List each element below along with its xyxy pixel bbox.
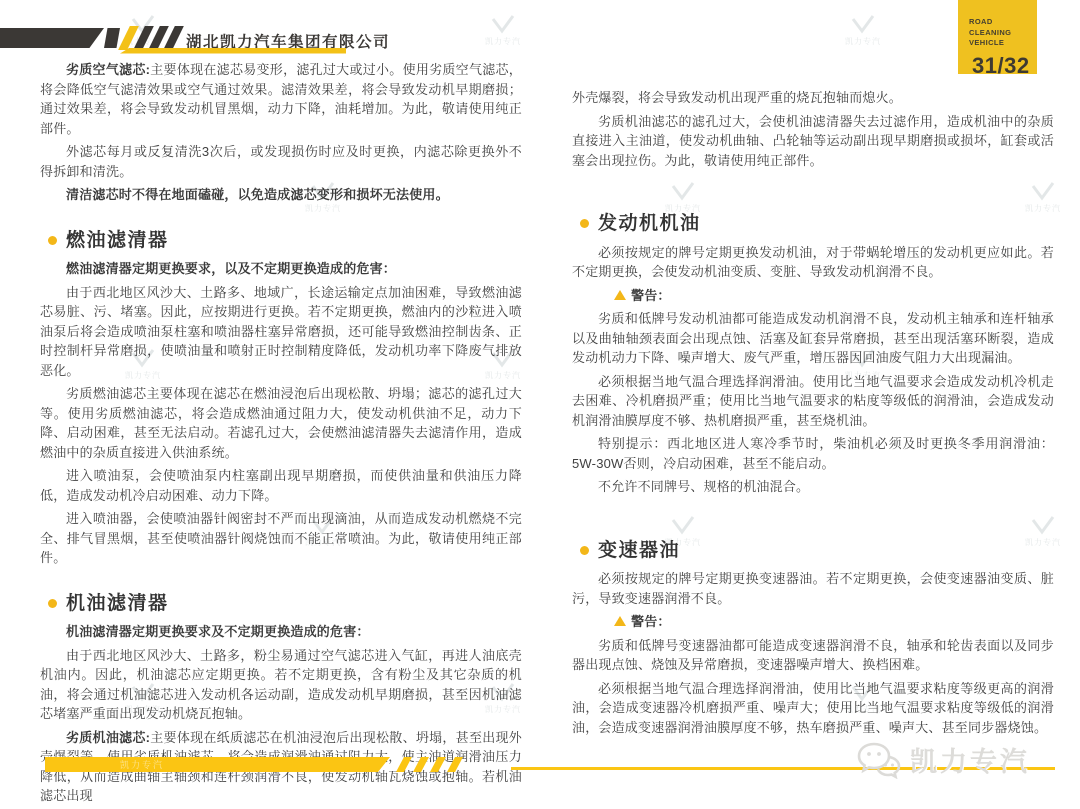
warning-triangle-icon bbox=[614, 616, 626, 626]
paragraph-continuation: 外壳爆裂，将会导致发动机出现严重的烧瓦抱轴而熄火。 bbox=[572, 88, 1054, 108]
header-dark-bar bbox=[0, 28, 104, 48]
chat-bubbles-icon bbox=[856, 741, 902, 779]
paragraph: 由于西北地区风沙大、土路多，粉尘易通过空气滤芯进入气缸，再进人油底壳机油内。因此… bbox=[40, 646, 522, 724]
watermark: 凯力专汽 bbox=[845, 15, 881, 47]
left-column: 劣质空气滤芯:主要体现在滤芯易变形，滤孔过大或过小。使用劣质空气滤芯，将会降低空… bbox=[40, 60, 522, 809]
watermark: 凯力专汽 bbox=[485, 15, 521, 47]
warning-line: 警告： bbox=[572, 612, 1054, 632]
paragraph: 必须按规定的牌号定期更换变速器油。若不定期更换，会使变速器油变质、脏污，导致变速… bbox=[572, 569, 1054, 608]
paragraph: 劣质燃油滤芯主要体现在滤芯在燃油浸泡后出现松散、坍塌；滤芯的滤孔过大等。使用劣质… bbox=[40, 384, 522, 462]
footer-yellow-bar: 凯力专汽 bbox=[45, 757, 390, 772]
section-title: 发动机机油 bbox=[598, 214, 701, 234]
paragraph-bold: 清洁滤芯时不得在地面磕碰，以免造成滤芯变形和损坏无法使用。 bbox=[40, 185, 522, 205]
section-heading-fuel-filter: 燃油滤清器 bbox=[48, 231, 522, 251]
slash-decor-yellow bbox=[430, 757, 446, 772]
paragraph-lead: 劣质机油滤芯: bbox=[66, 730, 150, 745]
paragraph: 劣质机油滤芯的滤孔过大，会使机油滤清器失去过滤作用，造成机油中的杂质直接进入主油… bbox=[572, 112, 1054, 171]
section-title: 变速器油 bbox=[598, 541, 680, 561]
badge-title-line2: VEHICLE bbox=[969, 38, 1031, 49]
header-slashes bbox=[124, 26, 178, 50]
footer-logo: 凯力专汽 bbox=[856, 740, 1030, 779]
paragraph: 劣质空气滤芯:主要体现在滤芯易变形，滤孔过大或过小。使用劣质空气滤芯，将会降低空… bbox=[40, 60, 522, 138]
slash-decor-yellow bbox=[413, 757, 429, 772]
page-badge: ROAD CLEANING VEHICLE 31/32 bbox=[958, 0, 1037, 74]
watermark-check-icon bbox=[850, 15, 876, 35]
header-dark-bar-tail bbox=[104, 28, 120, 48]
paragraph: 由于西北地区风沙大、土路多、地域广，长途运输定点加油困难，导致燃油滤芯易脏、污、… bbox=[40, 283, 522, 381]
manual-page: 凯力专汽凯力专汽凯力专汽凯力专汽凯力专汽凯力专汽凯力专汽凯力专汽凯力专汽凯力专汽… bbox=[0, 0, 1080, 809]
paragraph: 不允许不同牌号、规格的机油混合。 bbox=[572, 477, 1054, 497]
bullet-icon bbox=[48, 599, 57, 608]
page-number: 31/32 bbox=[969, 53, 1031, 79]
paragraph: 进入喷油泵，会使喷油泵内柱塞副出现早期磨损，而使供油量和供油压力降低，造成发动机… bbox=[40, 466, 522, 505]
paragraph-lead: 劣质空气滤芯: bbox=[66, 62, 150, 77]
watermark-check-icon bbox=[490, 15, 516, 35]
paragraph: 特别提示：西北地区进人寒冷季节时，柴油机必须及时更换冬季用润滑油：5W-30W否… bbox=[572, 434, 1054, 473]
paragraph: 进入喷油器，会使喷油器针阀密封不严而出现滴油，从而造成发动机燃烧不完全、排气冒黑… bbox=[40, 509, 522, 568]
paragraph: 劣质和低牌号发动机油都可能造成发动机润滑不良，发动机主轴承和连杆轴承以及曲轴轴颈… bbox=[572, 309, 1054, 368]
right-column: 外壳爆裂，将会导致发动机出现严重的烧瓦抱轴而熄火。 劣质机油滤芯的滤孔过大，会使… bbox=[572, 88, 1054, 741]
footer-logo-text: 凯力专汽 bbox=[910, 740, 1030, 779]
paragraph: 劣质和低牌号变速器油都可能造成变速器润滑不良，轴承和轮齿表面以及同步器出现点蚀、… bbox=[572, 636, 1054, 675]
warning-line: 警告： bbox=[572, 286, 1054, 306]
paragraph: 必须根据当地气温合理选择润滑油。使用比当地气温要求会造成发动机冷机走去困难、冷机… bbox=[572, 372, 1054, 431]
paragraph: 必须按规定的牌号定期更换发动机油，对于带蜗轮增压的发动机更应如此。若不定期更换，… bbox=[572, 243, 1054, 282]
section-heading-oil-filter: 机油滤清器 bbox=[48, 594, 522, 614]
section-heading-transmission-oil: 变速器油 bbox=[580, 541, 1054, 561]
paragraph: 必须根据当地气温合理选择润滑油，使用比当地气温要求粘度等级更高的润滑油，会造成变… bbox=[572, 679, 1054, 738]
section-title: 机油滤清器 bbox=[66, 594, 169, 614]
section-heading-engine-oil: 发动机机油 bbox=[580, 214, 1054, 234]
bullet-icon bbox=[48, 236, 57, 245]
paragraph-bold: 燃油滤清器定期更换要求，以及不定期更换造成的危害： bbox=[40, 259, 522, 279]
bullet-icon bbox=[580, 219, 589, 228]
paragraph-bold: 机油滤清器定期更换要求及不定期更换造成的危害： bbox=[40, 622, 522, 642]
bullet-icon bbox=[580, 546, 589, 555]
footer-bar-watermark: 凯力专汽 bbox=[45, 758, 164, 771]
header-underline bbox=[120, 48, 346, 54]
paragraph: 外滤芯每月或反复清洗3次后，或发现损伤时应及时更换，内滤芯除更换外不得拆卸和清洗… bbox=[40, 142, 522, 181]
warning-triangle-icon bbox=[614, 290, 626, 300]
section-title: 燃油滤清器 bbox=[66, 231, 169, 251]
footer-slashes bbox=[400, 757, 459, 772]
badge-title-line1: ROAD CLEANING bbox=[969, 17, 1031, 38]
